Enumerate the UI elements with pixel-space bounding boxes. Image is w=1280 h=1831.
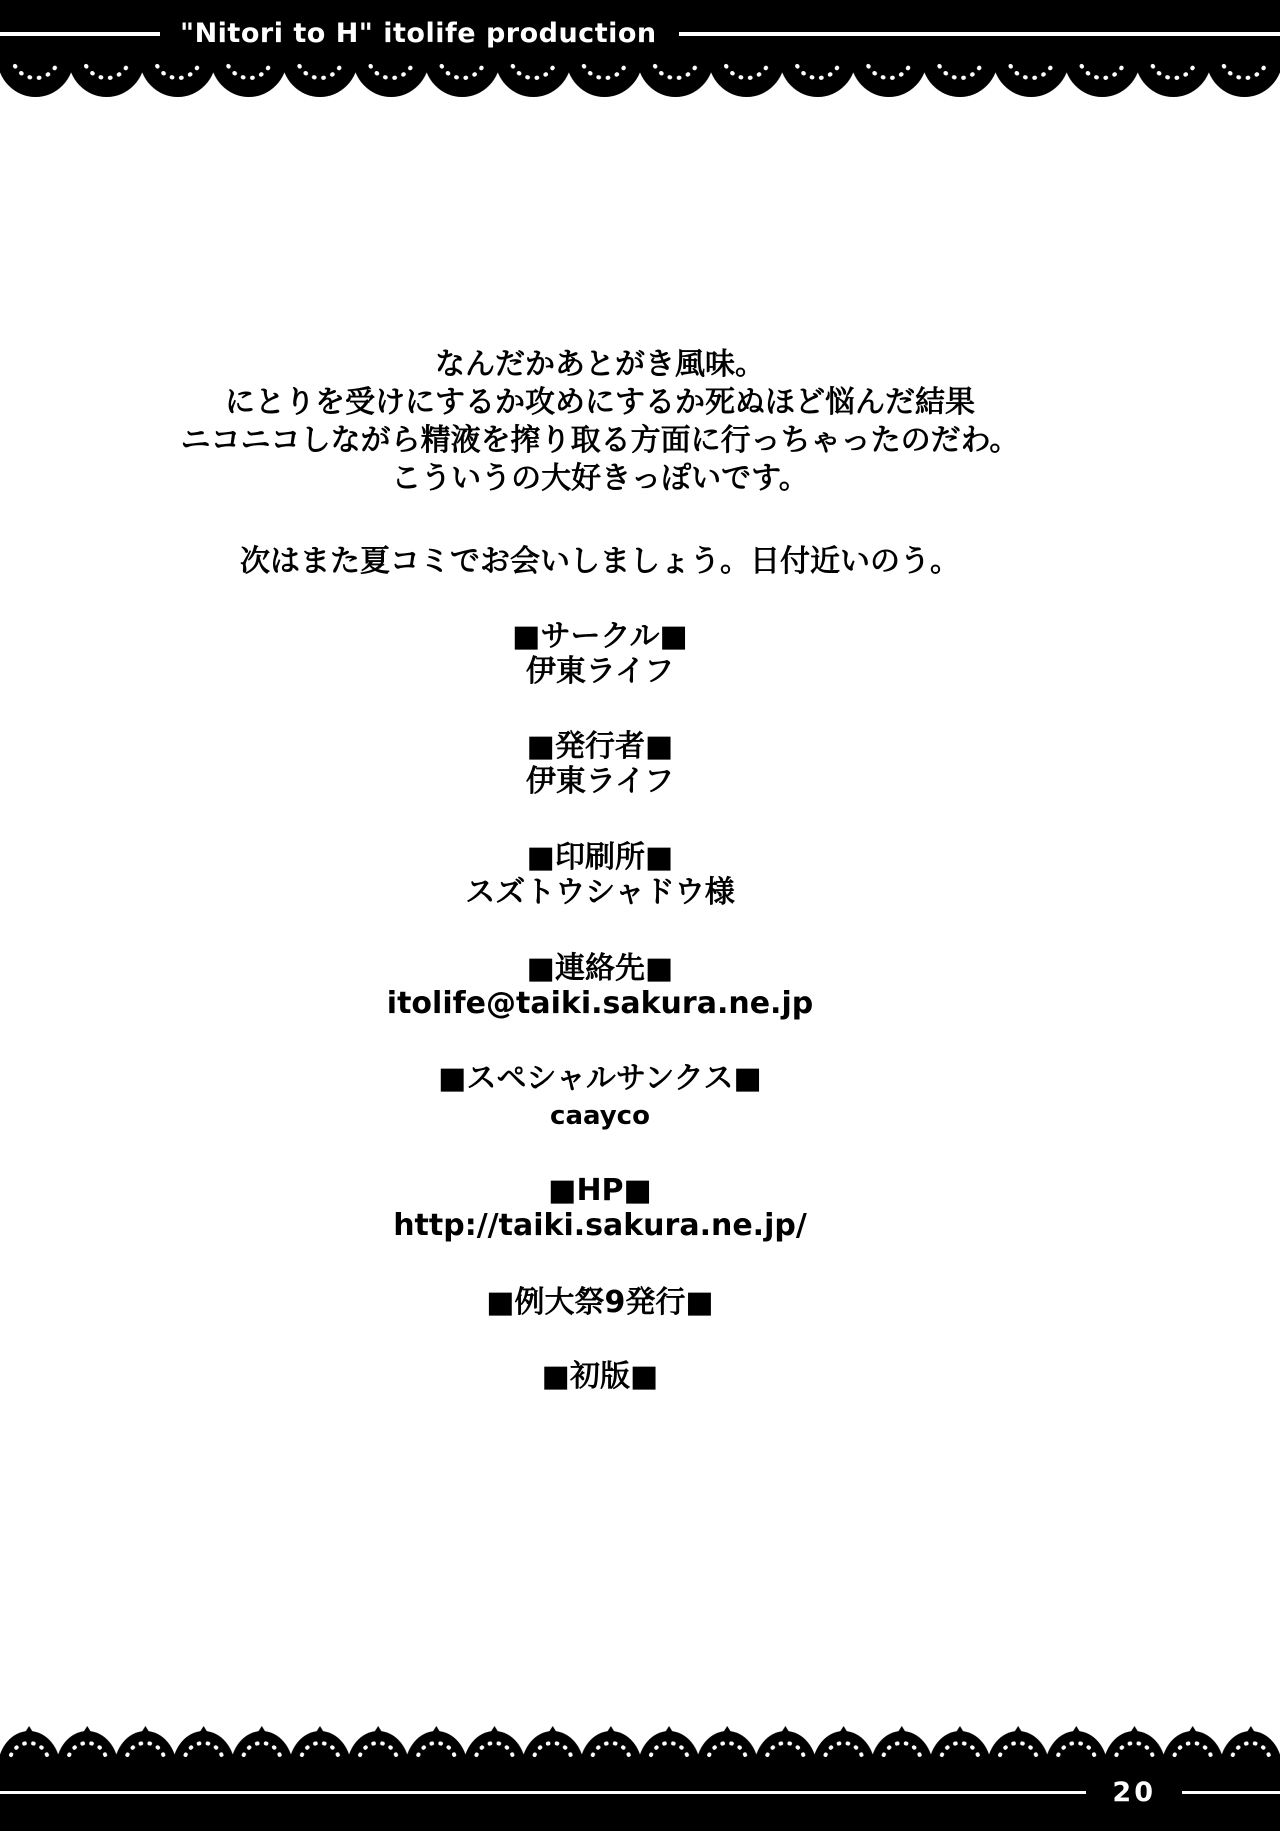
next-event-line: 次はまた夏コミでお会いしましょう。日付近いのう。 — [0, 547, 1200, 577]
afterword-line-4: こういうの大好きっぽいです。 — [0, 464, 1200, 494]
scanned-page: "Nitori to H" itolife production なんだかあとが… — [0, 0, 1280, 1831]
section-value-printer: スズトウシャドウ様 — [0, 878, 1200, 908]
section-heading-circle: ■サークル■ — [0, 622, 1200, 652]
afterword-line-3: ニコニコしながら精液を搾り取る方面に行っちゃったのだわ。 — [0, 426, 1200, 456]
section-value-contact-email: itolife@taiki.sakura.ne.jp — [0, 989, 1200, 1019]
section-heading-publisher: ■発行者■ — [0, 732, 1200, 762]
afterword-line-1: なんだかあとがき風味。 — [0, 350, 1200, 380]
section-heading-hp: ■HP■ — [0, 1176, 1200, 1206]
lace-border-bottom — [0, 1725, 1280, 1765]
section-value-special-thanks: caayco — [0, 1103, 1200, 1129]
section-value-hp-url: http://taiki.sakura.ne.jp/ — [0, 1211, 1200, 1241]
section-heading-special-thanks: ■スペシャルサンクス■ — [0, 1064, 1200, 1094]
section-heading-edition: ■初版■ — [0, 1362, 1200, 1392]
header-bar: "Nitori to H" itolife production — [0, 0, 1280, 55]
page-number: 20 — [1112, 1779, 1156, 1806]
afterword-line-2: にとりを受けにするか攻めにするか死ぬほど悩んだ結果 — [0, 388, 1200, 418]
footer-bar: 20 — [0, 1765, 1280, 1831]
lace-border-top — [0, 55, 1280, 101]
section-heading-event: ■例大祭9発行■ — [0, 1288, 1200, 1318]
header-rule-right — [679, 32, 1280, 36]
section-heading-contact: ■連絡先■ — [0, 954, 1200, 984]
section-value-circle: 伊東ライフ — [0, 657, 1200, 687]
header-rule-left — [0, 32, 160, 36]
section-heading-printer: ■印刷所■ — [0, 843, 1200, 873]
page-title: "Nitori to H" itolife production — [180, 20, 657, 47]
page-number-row: 20 — [0, 1777, 1280, 1807]
section-value-publisher: 伊東ライフ — [0, 767, 1200, 797]
footer-rule-left — [0, 1791, 1086, 1794]
footer-rule-right — [1182, 1791, 1280, 1794]
